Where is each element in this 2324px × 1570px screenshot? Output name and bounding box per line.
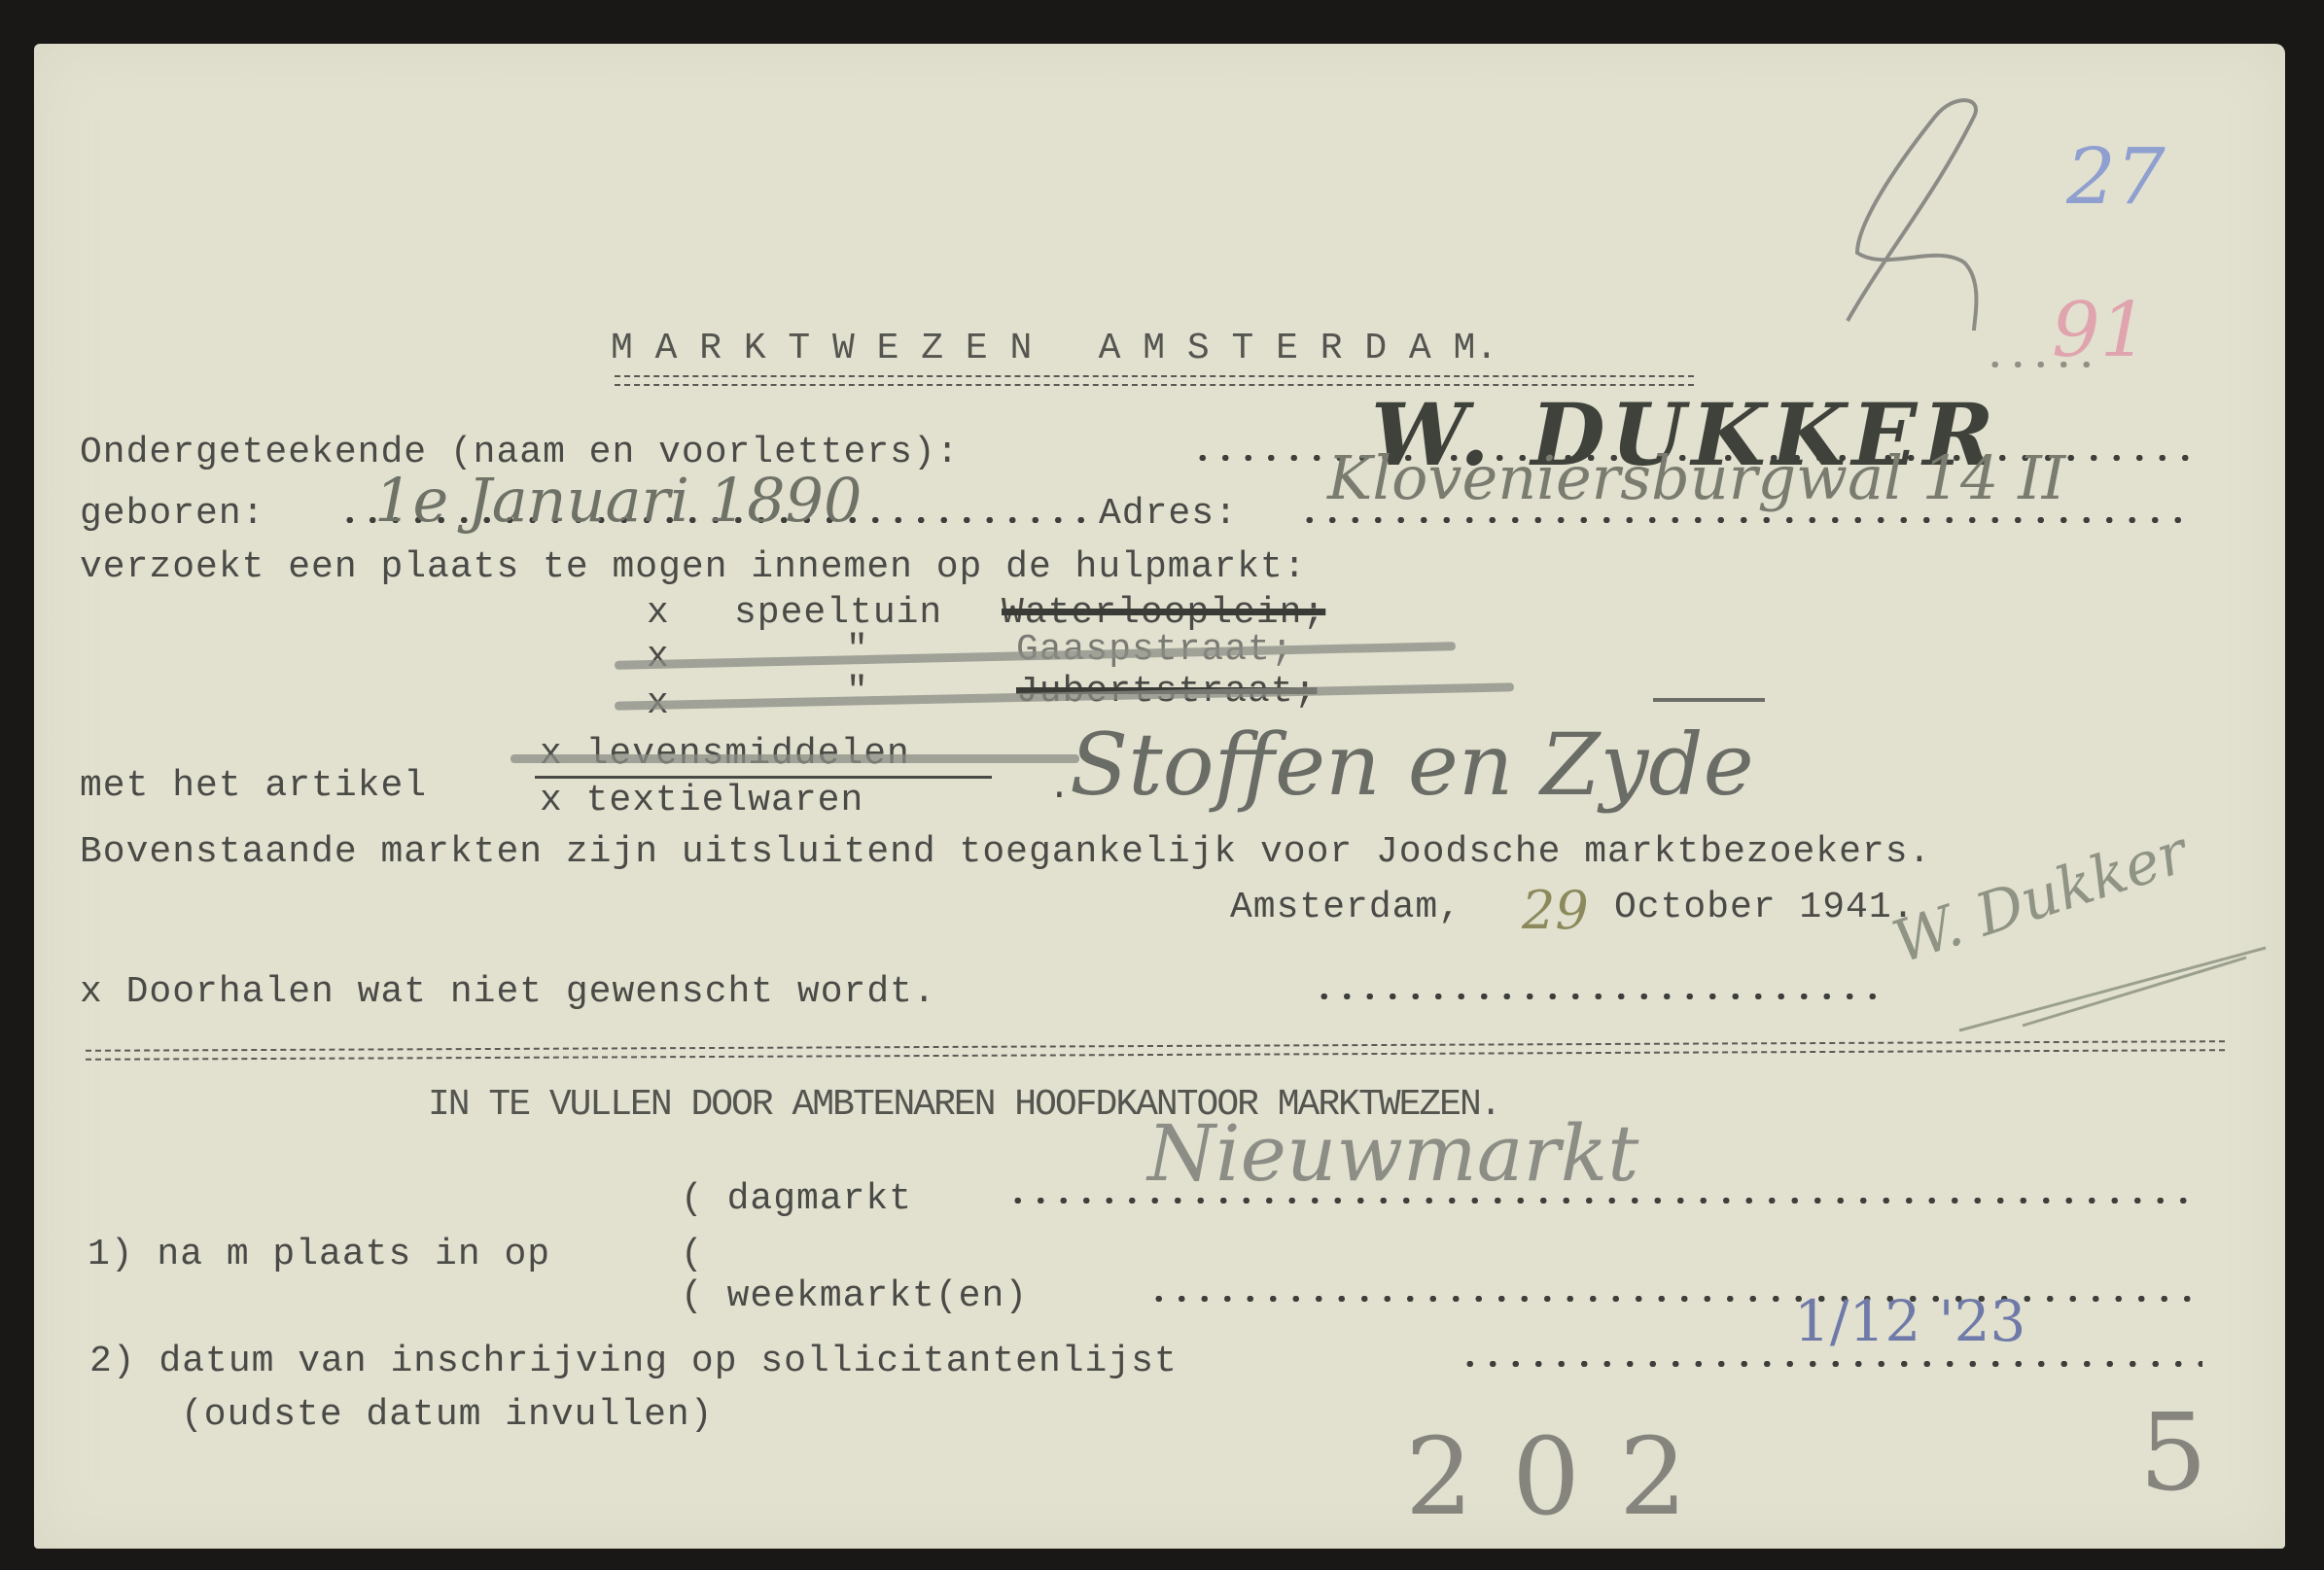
address-dotted-line	[1298, 517, 2198, 523]
option-label: speeltuin	[734, 595, 942, 632]
article-divider	[535, 776, 992, 779]
address-label: Adres:	[1099, 496, 1238, 533]
pencil-dash	[1653, 698, 1765, 702]
request-text: verzoekt een plaats te mogen innemen op …	[80, 549, 1307, 586]
article-label: met het artikel	[80, 768, 427, 805]
born-value[interactable]: 1e Januari 1890	[374, 465, 862, 536]
option-mark: x	[647, 639, 670, 676]
item-2-value[interactable]: 1/12 '23	[1794, 1288, 2025, 1354]
blue-pencil-number: 27	[2066, 131, 2166, 222]
item-2-label: 2) datum van inschrijving op sollicitant…	[89, 1343, 1178, 1380]
address-value[interactable]: Kloveniersburgwal 14 II	[1327, 442, 2065, 513]
weekmarkt-dotted-line	[1147, 1296, 2202, 1302]
signature-underline-icon	[1954, 948, 2285, 1035]
signature-dotted-line	[1313, 994, 1886, 999]
article-handwritten[interactable]: Stoffen en Zyde	[1070, 715, 1754, 815]
article-strikethrough	[511, 754, 1079, 763]
document-title: M A R K T W E Z E N A M S T E R D A M.	[611, 331, 1497, 367]
item-2-note: (oudste datum invullen)	[181, 1397, 714, 1434]
item-1-label: 1) na m plaats in op	[88, 1237, 550, 1273]
notice-text: Bovenstaande markten zijn uitsluitend to…	[80, 834, 1931, 871]
footnote-text: x Doorhalen wat niet gewenscht wordt.	[80, 974, 936, 1011]
bottom-pencil-number: 202	[1405, 1414, 1726, 1539]
option-mark: x	[647, 595, 670, 632]
option-place-waterlooplein: Waterlooplein;	[1002, 595, 1325, 632]
weekmarkt-label: ( weekmarkt(en)	[681, 1278, 1028, 1315]
article-period: .	[1048, 770, 1072, 807]
bottom-right-pencil-number: 5	[2139, 1390, 2207, 1515]
place-city: Amsterdam,	[1230, 890, 1461, 926]
faint-dots	[1984, 362, 2100, 367]
pencil-check-mark-icon	[1828, 97, 2023, 331]
born-label: geboren:	[80, 496, 264, 533]
dagmarkt-value[interactable]: Nieuwmarkt	[1147, 1108, 1638, 1199]
date-day[interactable]: 29	[1522, 880, 1589, 941]
item-2-dotted-line	[1459, 1361, 2202, 1367]
article-option-textielwaren: x textielwaren	[540, 783, 863, 820]
item-1-paren: (	[681, 1237, 704, 1273]
dagmarkt-label: ( dagmarkt	[681, 1181, 912, 1218]
date-month-year: October 1941.	[1614, 890, 1915, 926]
